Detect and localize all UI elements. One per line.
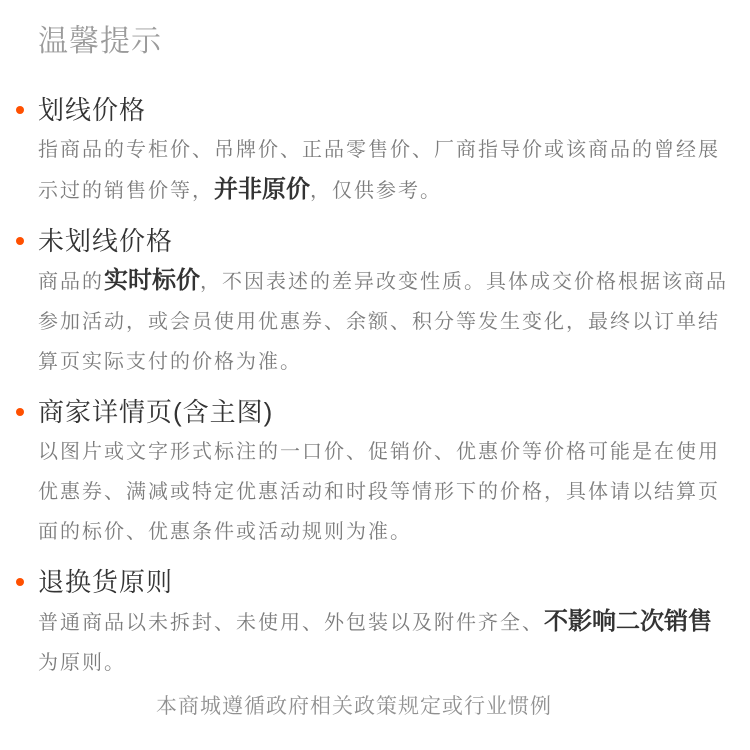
bullet-dot-icon bbox=[16, 237, 24, 245]
bullet-dot-icon bbox=[16, 408, 24, 416]
section-heading-label: 退换货原则 bbox=[38, 567, 173, 597]
section-heading-label: 商家详情页(含主图) bbox=[38, 397, 273, 427]
section-body: 商品的实时标价，不因表述的差异改变性质。具体成交价格根据该商品参加活动，或会员使… bbox=[38, 261, 728, 382]
body-text: 为原则。 bbox=[38, 652, 126, 674]
body-text-emphasis: 并非原价 bbox=[214, 176, 310, 203]
footer-note: 本商城遵循政府相关政策规定或行业惯例 bbox=[38, 693, 670, 721]
body-text-emphasis: 实时标价 bbox=[104, 267, 200, 294]
section-strikethrough-price: 划线价格 指商品的专柜价、吊牌价、正品零售价、厂商指导价或该商品的曾经展示过的销… bbox=[38, 90, 728, 211]
section-heading: 未划线价格 bbox=[38, 221, 728, 261]
section-merchant-detail-page: 商家详情页(含主图) 以图片或文字形式标注的一口价、促销价、优惠价等价格可能是在… bbox=[38, 392, 728, 552]
warm-tips-page: 温馨提示 划线价格 指商品的专柜价、吊牌价、正品零售价、厂商指导价或该商品的曾经… bbox=[0, 0, 750, 750]
body-text: ，仅供参考。 bbox=[310, 180, 442, 202]
section-heading-label: 划线价格 bbox=[38, 95, 146, 125]
body-text: 普通商品以未拆封、未使用、外包装以及附件齐全、 bbox=[38, 612, 544, 634]
page-title: 温馨提示 bbox=[38, 26, 728, 58]
section-heading: 退换货原则 bbox=[38, 562, 728, 602]
bullet-dot-icon bbox=[16, 106, 24, 114]
body-text: 以图片或文字形式标注的一口价、促销价、优惠价等价格可能是在使用优惠券、满减或特定… bbox=[38, 441, 720, 543]
section-heading-label: 未划线价格 bbox=[38, 226, 173, 256]
section-body: 以图片或文字形式标注的一口价、促销价、优惠价等价格可能是在使用优惠券、满减或特定… bbox=[38, 432, 728, 552]
body-text: 商品的 bbox=[38, 271, 104, 293]
section-body: 普通商品以未拆封、未使用、外包装以及附件齐全、不影响二次销售为原则。 bbox=[38, 602, 728, 683]
section-return-policy: 退换货原则 普通商品以未拆封、未使用、外包装以及附件齐全、不影响二次销售为原则。 bbox=[38, 562, 728, 683]
section-heading: 商家详情页(含主图) bbox=[38, 392, 728, 432]
section-body: 指商品的专柜价、吊牌价、正品零售价、厂商指导价或该商品的曾经展示过的销售价等，并… bbox=[38, 130, 728, 211]
bullet-dot-icon bbox=[16, 578, 24, 586]
section-unstruck-price: 未划线价格 商品的实时标价，不因表述的差异改变性质。具体成交价格根据该商品参加活… bbox=[38, 221, 728, 382]
section-heading: 划线价格 bbox=[38, 90, 728, 130]
body-text-emphasis: 不影响二次销售 bbox=[544, 608, 712, 635]
